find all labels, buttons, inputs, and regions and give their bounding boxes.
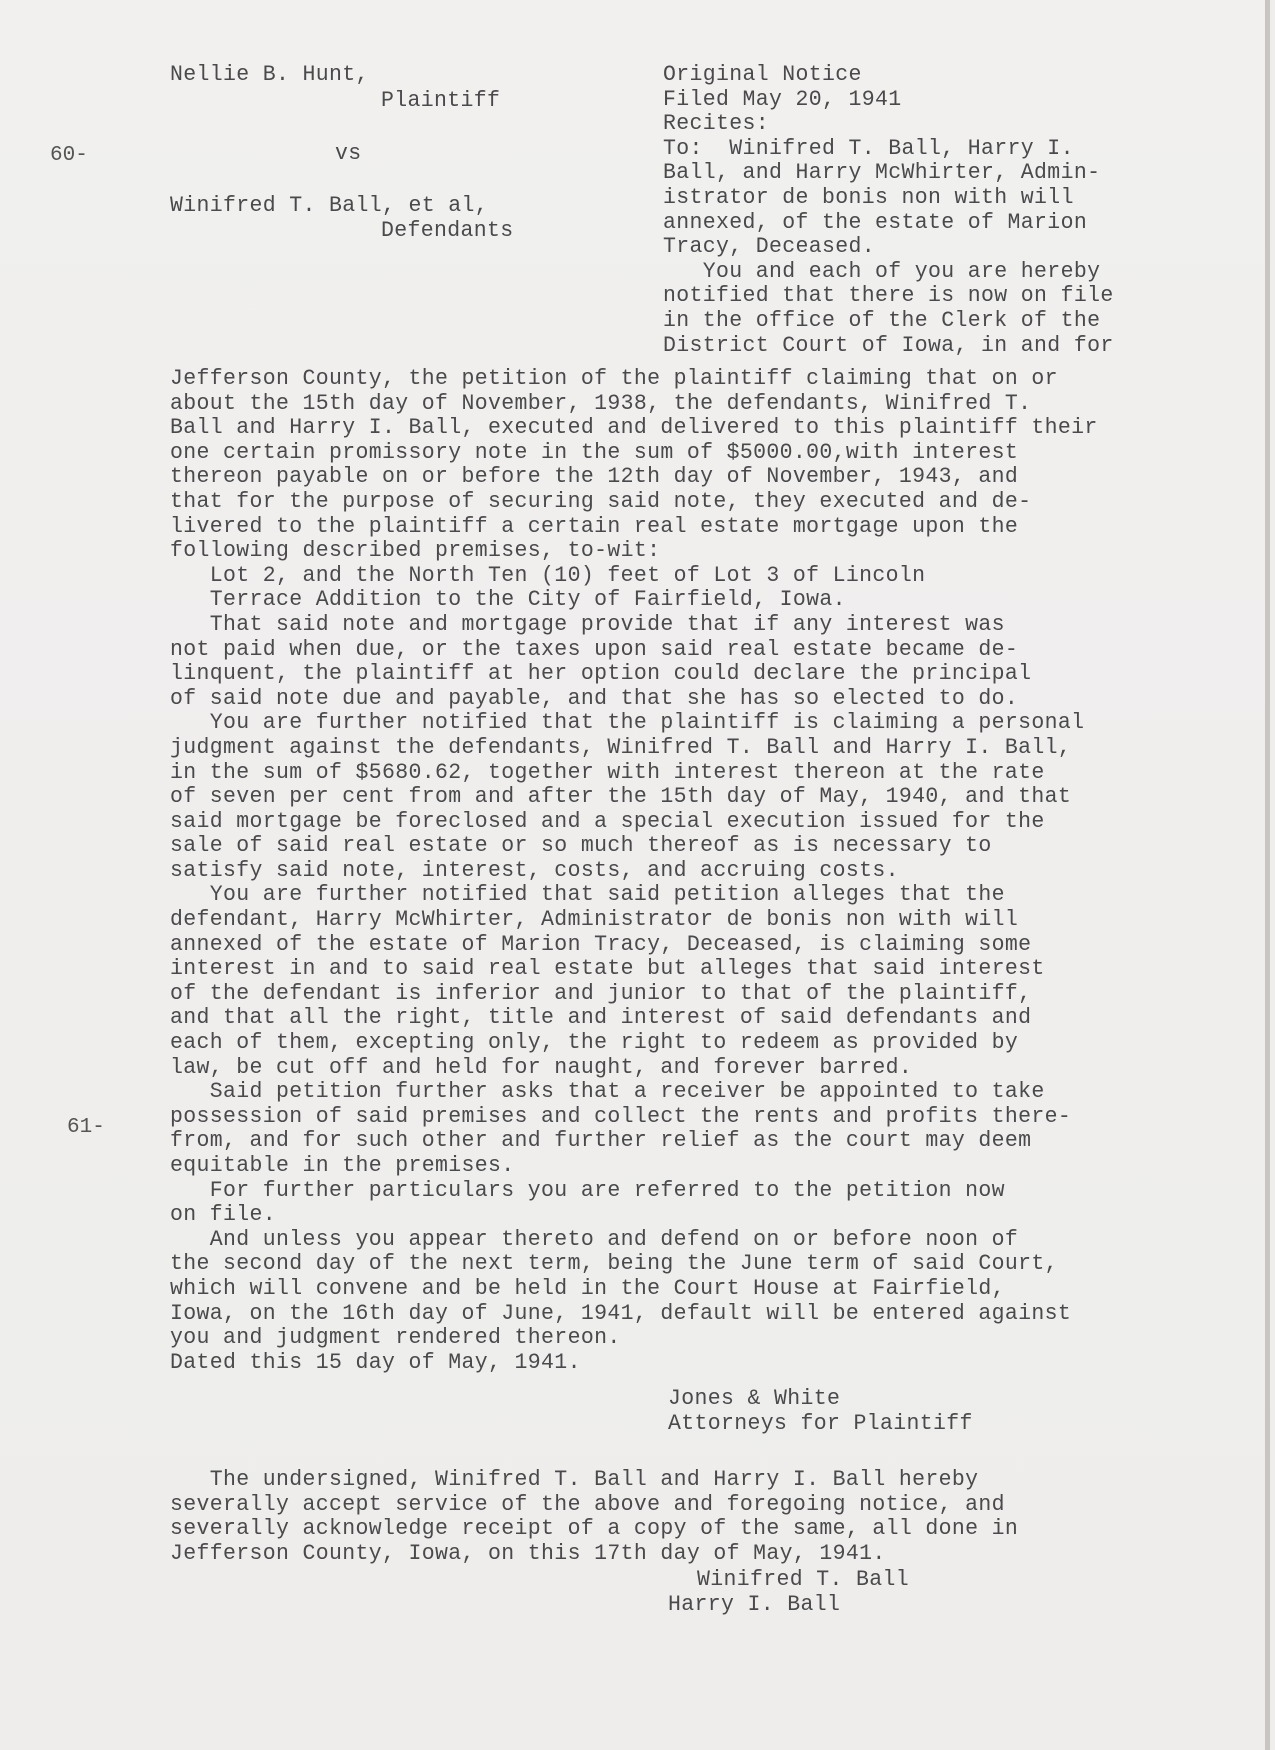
acceptance-line: Jefferson County, Iowa, on this 17th day…	[170, 1541, 1018, 1567]
body-line: equitable in the premises.	[170, 1153, 1098, 1179]
plaintiff-name: Nellie B. Hunt,	[170, 62, 369, 88]
body-line: that for the purpose of securing said no…	[170, 489, 1098, 515]
notice-body: Jefferson County, the petition of the pl…	[170, 366, 1098, 1374]
body-line: of said note due and payable, and that s…	[170, 686, 1098, 712]
header-line: annexed, of the estate of Marion	[663, 210, 1114, 236]
acceptance-line: severally acknowledge receipt of a copy …	[170, 1516, 1018, 1542]
body-line: That said note and mortgage provide that…	[170, 612, 1098, 638]
plaintiff-role: Plaintiff	[381, 88, 500, 114]
page-edge	[1265, 0, 1270, 1750]
body-line: sale of said real estate or so much ther…	[170, 833, 1098, 859]
body-line: annexed of the estate of Marion Tracy, D…	[170, 932, 1098, 958]
header-line: istrator de bonis non with will	[663, 185, 1114, 211]
body-line: and that all the right, title and intere…	[170, 1005, 1098, 1031]
body-line: the second day of the next term, being t…	[170, 1251, 1098, 1277]
body-line: And unless you appear thereto and defend…	[170, 1227, 1098, 1253]
attorney-signature: Jones & White Attorneys for Plaintiff	[668, 1386, 973, 1435]
attorney-firm: Jones & White	[668, 1386, 973, 1412]
body-line: Ball and Harry I. Ball, executed and del…	[170, 415, 1098, 441]
body-line: interest in and to said real estate but …	[170, 956, 1098, 982]
body-line: from, and for such other and further rel…	[170, 1128, 1098, 1154]
margin-page-number: 61-	[67, 1116, 105, 1139]
date-line: Dated this 15 day of May, 1941.	[170, 1350, 1098, 1376]
defendant-role: Defendants	[381, 218, 514, 244]
defendant-name: Winifred T. Ball, et al,	[170, 193, 488, 219]
body-line: satisfy said note, interest, costs, and …	[170, 858, 1098, 884]
header-line: Ball, and Harry McWhirter, Admin-	[663, 160, 1114, 186]
property-description-line: Terrace Addition to the City of Fairfiel…	[170, 587, 1098, 613]
body-line: judgment against the defendants, Winifre…	[170, 735, 1098, 761]
signature-winifred-ball: Winifred T. Ball	[697, 1567, 909, 1593]
body-line: Jefferson County, the petition of the pl…	[170, 366, 1098, 392]
attorney-title: Attorneys for Plaintiff	[668, 1411, 973, 1437]
body-line: For further particulars you are referred…	[170, 1178, 1098, 1204]
body-line: possession of said premises and collect …	[170, 1104, 1098, 1130]
header-line: Filed May 20, 1941	[663, 87, 1114, 113]
body-line: livered to the plaintiff a certain real …	[170, 514, 1098, 540]
body-line: which will convene and be held in the Co…	[170, 1276, 1098, 1302]
body-line: one certain promissory note in the sum o…	[170, 440, 1098, 466]
header-line: in the office of the Clerk of the	[663, 308, 1114, 334]
body-line: You are further notified that said petit…	[170, 882, 1098, 908]
notice-header: Original Notice Filed May 20, 1941 Recit…	[663, 62, 1114, 357]
header-line: You and each of you are hereby	[663, 259, 1114, 285]
header-line: Original Notice	[663, 62, 1114, 88]
header-line: District Court of Iowa, in and for	[663, 333, 1114, 359]
body-line: not paid when due, or the taxes upon sai…	[170, 637, 1098, 663]
header-line: To: Winifred T. Ball, Harry I.	[663, 136, 1114, 162]
body-line: law, be cut off and held for naught, and…	[170, 1055, 1098, 1081]
margin-page-number: 60-	[50, 144, 88, 167]
header-line: Tracy, Deceased.	[663, 234, 1114, 260]
body-line: said mortgage be foreclosed and a specia…	[170, 809, 1098, 835]
body-line: about the 15th day of November, 1938, th…	[170, 391, 1098, 417]
body-line: on file.	[170, 1202, 1098, 1228]
body-line: in the sum of $5680.62, together with in…	[170, 760, 1098, 786]
acceptance-line: The undersigned, Winifred T. Ball and Ha…	[170, 1467, 1018, 1493]
document-page: Nellie B. Hunt, Plaintiff vs Winifred T.…	[0, 0, 1270, 1750]
body-line: of seven per cent from and after the 15t…	[170, 784, 1098, 810]
body-line: linquent, the plaintiff at her option co…	[170, 661, 1098, 687]
body-line: you and judgment rendered thereon.	[170, 1325, 1098, 1351]
header-line: notified that there is now on file	[663, 283, 1114, 309]
body-line: Iowa, on the 16th day of June, 1941, def…	[170, 1301, 1098, 1327]
body-line: of the defendant is inferior and junior …	[170, 981, 1098, 1007]
body-line: following described premises, to-wit:	[170, 538, 1098, 564]
signature-harry-ball: Harry I. Ball	[668, 1592, 840, 1618]
acceptance-of-service: The undersigned, Winifred T. Ball and Ha…	[170, 1467, 1018, 1565]
body-line: each of them, excepting only, the right …	[170, 1030, 1098, 1056]
header-line: Recites:	[663, 111, 1114, 137]
body-line: You are further notified that the plaint…	[170, 710, 1098, 736]
versus-label: vs	[335, 141, 362, 167]
acceptance-line: severally accept service of the above an…	[170, 1492, 1018, 1518]
body-line: defendant, Harry McWhirter, Administrato…	[170, 907, 1098, 933]
body-line: thereon payable on or before the 12th da…	[170, 464, 1098, 490]
body-line: Said petition further asks that a receiv…	[170, 1079, 1098, 1105]
property-description-line: Lot 2, and the North Ten (10) feet of Lo…	[170, 563, 1098, 589]
